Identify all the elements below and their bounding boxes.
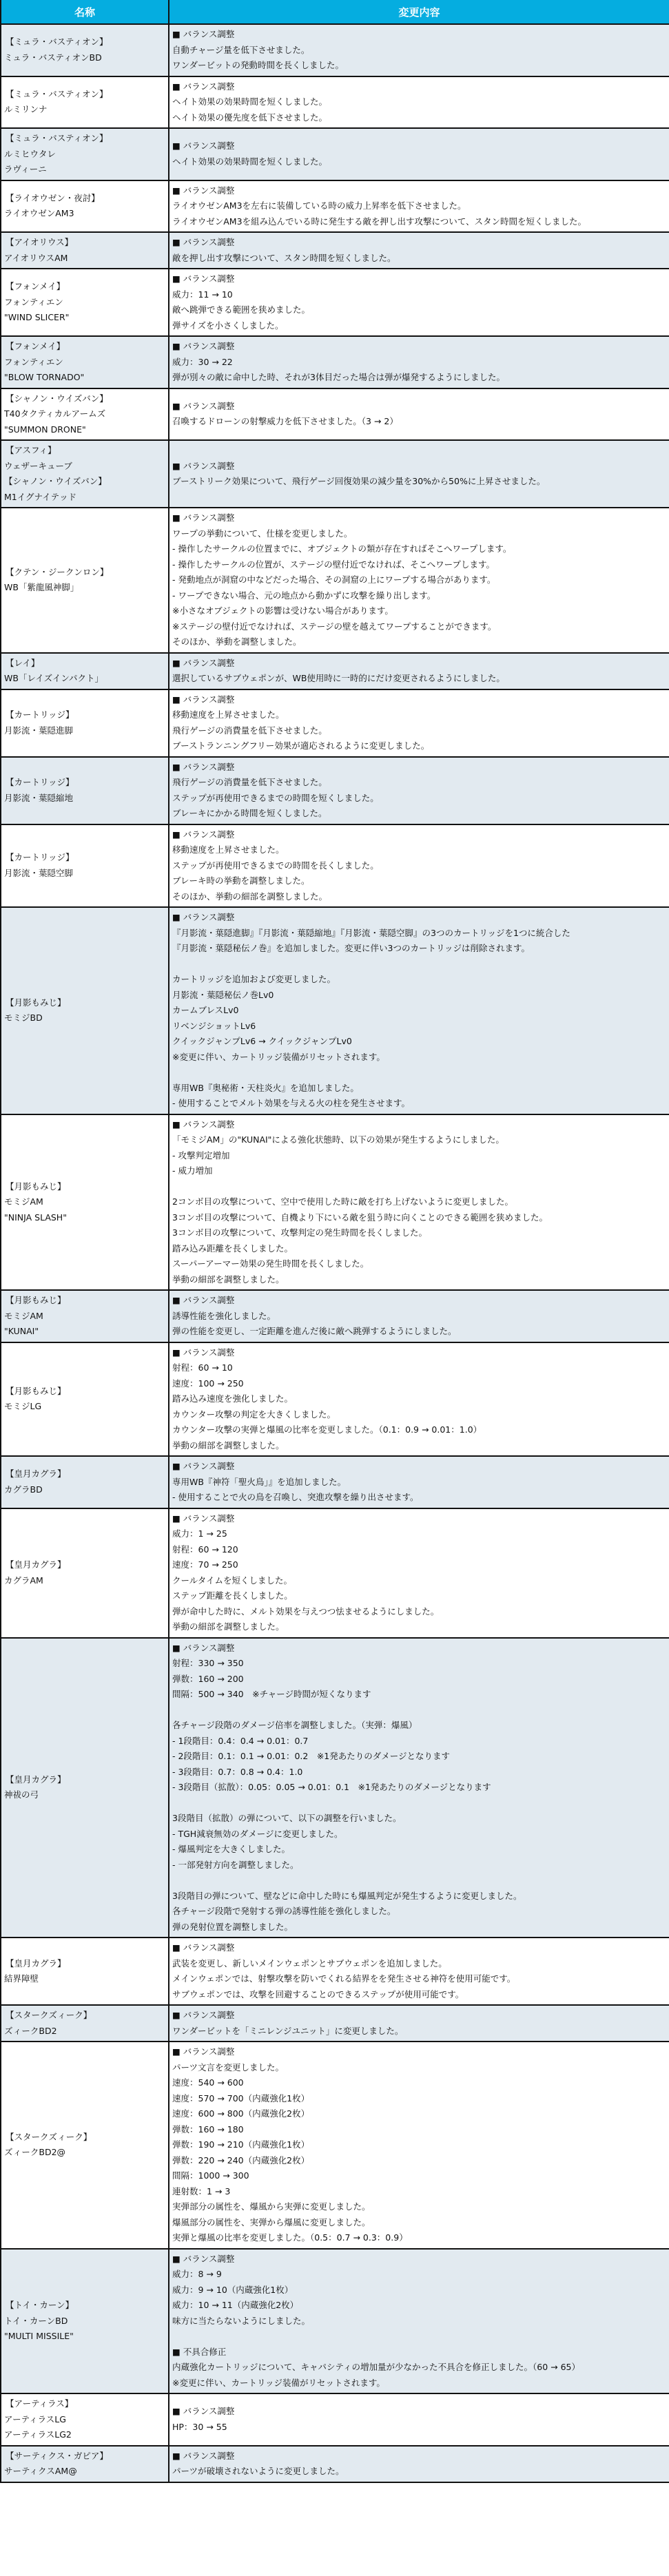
change-line: 速度：100 → 250 — [172, 1376, 667, 1392]
change-line: 速度：570 → 700（内蔵強化1枚） — [172, 2091, 667, 2107]
table-row: 【月影もみじ】モミジAM"KUNAI"■ バランス調整誘導性能を強化しました。弾… — [1, 1290, 669, 1342]
item-name-cell: 【クテン・ジークンロン】WB「紫龍風神脚」 — [1, 508, 169, 653]
change-line: ■ バランス調整 — [172, 79, 667, 95]
item-name-line: 月影流・葉隠縮地 — [4, 791, 166, 807]
change-line: - 攻撃判定増加 — [172, 1148, 667, 1164]
change-line: - 一部発射方向を調整しました。 — [172, 1858, 667, 1873]
change-description-cell: ■ バランス調整敵を押し出す攻撃について、スタン時間を短くしました。 — [169, 232, 669, 269]
item-name-cell: 【ミュラ・バスティオン】ミュラ・バスティオンBD — [1, 24, 169, 76]
change-line: ヘイト効果の優先度を低下させました。 — [172, 110, 667, 126]
item-name-line: 【シャノン・ウイズバン】 — [4, 474, 166, 490]
change-line: ※小さなオブジェクトの影響は受けない場合があります。 — [172, 603, 667, 619]
change-line: 射程：60 → 10 — [172, 1360, 667, 1376]
item-name-cell: 【ミュラ・バスティオン】ルミヒウタレラヴィーニ — [1, 128, 169, 180]
item-name-cell: 【皇月カグラ】神祓の弓 — [1, 1638, 169, 1938]
change-line: ※ステージの壁付近でなければ、ステージの壁を越えてワープすることができます。 — [172, 619, 667, 635]
table-row: 【月影もみじ】モミジLG■ バランス調整射程：60 → 10速度：100 → 2… — [1, 1342, 669, 1457]
change-line: ステップが再使用できるまでの時間を短くしました。 — [172, 791, 667, 807]
item-name-line: モミジAM — [4, 1309, 166, 1325]
item-name-cell: 【皇月カグラ】カグラAM — [1, 1508, 169, 1638]
table-body: 【ミュラ・バスティオン】ミュラ・バスティオンBD■ バランス調整自動チャージ量を… — [1, 24, 669, 2482]
change-line: 弾数：160 → 180 — [172, 2122, 667, 2138]
table-row: 【カートリッジ】月影流・葉隠進脚■ バランス調整移動速度を上昇させました。飛行ゲ… — [1, 689, 669, 757]
item-name-line: ルミヒウタレ — [4, 147, 166, 163]
table-row: 【フォンメイ】フォンティエン"WIND SLICER"■ バランス調整威力：11… — [1, 269, 669, 336]
change-line: 内蔵強化カートリッジについて、キャパシティの増加量が少なかった不具合を修正しまし… — [172, 2360, 667, 2376]
change-line: 間隔：1000 → 300 — [172, 2168, 667, 2184]
change-line: - TGH減衰無効のダメージに変更しました。 — [172, 1827, 667, 1842]
header-name: 名称 — [1, 0, 169, 24]
change-description-cell: ■ バランス調整ヘイト効果の効果時間を短くしました。 — [169, 128, 669, 180]
item-name-line: 【ミュラ・バスティオン】 — [6, 34, 166, 50]
item-name-cell: 【トイ・カーン】トイ・カーンBD"MULTI MISSILE" — [1, 2249, 169, 2394]
change-line: - 3段階目（拡散）：0.05：0.05 → 0.01：0.1 ※1発あたりのダ… — [172, 1780, 667, 1796]
change-line: 弾数：190 → 210（内蔵強化1枚） — [172, 2137, 667, 2153]
change-line: - ワープできない場合、元の地点から動かずに攻撃を繰り出します。 — [172, 588, 667, 604]
change-line: - 2段階目：0.1：0.1 → 0.01：0.2 ※1発あたりのダメージとなり… — [172, 1749, 667, 1765]
item-name-line: フォンティエン — [4, 355, 166, 371]
item-name-line: 【アイオリウス】 — [6, 235, 166, 251]
item-name-line: 【サーティクス・ガピア】 — [6, 2449, 166, 2464]
change-line: - 操作したサークルの位置が、ステージの壁付近でなければ、そこへワープします。 — [172, 557, 667, 573]
change-line: ■ バランス調整 — [172, 183, 667, 199]
change-line: 各チャージ段階で発射する弾の誘導性能を強化しました。 — [172, 1904, 667, 1920]
change-line: 各チャージ段階のダメージ倍率を調整しました。（実弾：爆風） — [172, 1718, 667, 1734]
change-line: ■ バランス調整 — [172, 1940, 667, 1956]
item-name-cell: 【月影もみじ】モミジAM"NINJA SLASH" — [1, 1114, 169, 1291]
change-description-cell: ■ バランス調整射程：60 → 10速度：100 → 250踏み込み速度を強化し… — [169, 1342, 669, 1457]
change-line: ステップ距離を長くしました。 — [172, 1588, 667, 1604]
item-name-line: トイ・カーンBD — [4, 2314, 166, 2329]
change-description-cell: ■ バランス調整威力：11 → 10敵へ跳弾できる範囲を狭めました。弾サイズを小… — [169, 269, 669, 336]
change-line: 『月影流・葉隠進脚』『月影流・葉隠縮地』『月影流・葉隠空脚』の3つのカートリッジ… — [172, 926, 667, 942]
item-name-line: 【カートリッジ】 — [6, 707, 166, 723]
table-row: 【フォンメイ】フォンティエン"BLOW TORNADO"■ バランス調整威力：3… — [1, 336, 669, 388]
item-name-line: モミジAM — [4, 1194, 166, 1210]
item-name-line: ラヴィーニ — [4, 162, 166, 178]
change-description-cell: ■ バランス調整移動速度を上昇させました。ステップが再使用できるまでの時間を長く… — [169, 824, 669, 908]
change-line: ライオウゼンAM3を左右に装備している時の威力上昇率を低下させました。 — [172, 198, 667, 214]
change-description-cell: ■ バランス調整パーツ文言を変更しました。速度：540 → 600速度：570 … — [169, 2042, 669, 2249]
item-name-line: モミジLG — [4, 1399, 166, 1415]
item-name-line: 【フォンメイ】 — [6, 279, 166, 295]
item-name-line: 【クテン・ジークンロン】 — [6, 565, 166, 581]
change-line: - 操作したサークルの位置までに、オブジェクトの類が存在すればそこへワープします… — [172, 541, 667, 557]
change-line: ステップが再使用できるまでの時間を長くしました。 — [172, 858, 667, 874]
change-line: 飛行ゲージの消費量を低下させました。 — [172, 723, 667, 739]
change-line — [172, 957, 667, 973]
change-line: 自動チャージ量を低下させました。 — [172, 43, 667, 59]
item-name-line: "MULTI MISSILE" — [4, 2329, 166, 2345]
change-line: カートリッジを追加および変更しました。 — [172, 972, 667, 988]
change-line: 連射数：1 → 3 — [172, 2184, 667, 2200]
table-row: 【カートリッジ】月影流・葉隠空脚■ バランス調整移動速度を上昇させました。ステッ… — [1, 824, 669, 908]
change-description-cell: ■ バランス調整自動チャージ量を低下させました。ワンダービットの発動時間を長くし… — [169, 24, 669, 76]
change-description-cell: ■ バランス調整パーツが破壊されないように変更しました。 — [169, 2446, 669, 2482]
change-line: 選択しているサブウェポンが、WB使用時に一時的にだけ変更されるようにしました。 — [172, 671, 667, 687]
change-description-cell: ■ バランス調整HP：30 → 55 — [169, 2393, 669, 2446]
change-line: サブウェポンでは、攻撃を回避することのできるステップが使用可能です。 — [172, 1987, 667, 2003]
table-row: 【スタークズィーク】ズィークBD2@■ バランス調整パーツ文言を変更しました。速… — [1, 2042, 669, 2249]
change-line: 3段階目の弾について、壁などに命中した時にも爆風判定が発生するように変更しました… — [172, 1889, 667, 1904]
change-line: ■ バランス調整 — [172, 692, 667, 708]
change-line: ■ バランス調整 — [172, 459, 667, 475]
changelog-table: 名称 変更内容 【ミュラ・バスティオン】ミュラ・バスティオンBD■ バランス調整… — [0, 0, 669, 2483]
change-line: ブレーキ時の挙動を調整しました。 — [172, 873, 667, 889]
change-line — [172, 1179, 667, 1195]
change-description-cell: ■ バランス調整ワンダービットを「ミニレンジユニット」に変更しました。 — [169, 2005, 669, 2042]
item-name-cell: 【月影もみじ】モミジBD — [1, 907, 169, 1114]
change-line — [172, 1065, 667, 1081]
change-line: ■ バランス調整 — [172, 235, 667, 251]
change-description-cell: ■ バランス調整威力：8 → 9威力：9 → 10（内蔵強化1枚）威力：10 →… — [169, 2249, 669, 2394]
item-name-line: カグラBD — [4, 1482, 166, 1498]
item-name-line: 【スタークズィーク】 — [6, 2130, 166, 2146]
change-line: ■ バランス調整 — [172, 138, 667, 154]
table-row: 【皇月カグラ】神祓の弓■ バランス調整射程：330 → 350弾数：160 → … — [1, 1638, 669, 1938]
table-row: 【サーティクス・ガピア】サーティクスAM@■ バランス調整パーツが破壊されないよ… — [1, 2446, 669, 2482]
item-name-line: サーティクスAM@ — [4, 2464, 166, 2480]
change-line: ブーストリーク効果について、飛行ゲージ回復効果の減少量を30%から50%に上昇さ… — [172, 474, 667, 490]
change-line — [172, 1873, 667, 1889]
change-line: 踏み込み距離を長くしました。 — [172, 1241, 667, 1257]
change-line: ■ バランス調整 — [172, 399, 667, 415]
change-line: リベンジショットLv6 — [172, 1019, 667, 1035]
change-line: ■ バランス調整 — [172, 827, 667, 843]
item-name-line: アイオリウスAM — [4, 251, 166, 267]
change-line: - 威力増加 — [172, 1163, 667, 1179]
change-description-cell: ■ バランス調整ブーストリーク効果について、飛行ゲージ回復効果の減少量を30%か… — [169, 440, 669, 508]
change-line: カウンター攻撃の実弾と爆風の比率を変更しました。（0.1：0.9 → 0.01：… — [172, 1422, 667, 1438]
change-description-cell: ■ バランス調整移動速度を上昇させました。飛行ゲージの消費量を低下させました。ブ… — [169, 689, 669, 757]
change-description-cell: ■ バランス調整ヘイト効果の効果時間を短くしました。ヘイト効果の優先度を低下させ… — [169, 76, 669, 129]
item-name-cell: 【レイ】WB「レイズインパクト」 — [1, 653, 169, 689]
change-description-cell: ■ バランス調整ライオウゼンAM3を左右に装備している時の威力上昇率を低下させま… — [169, 180, 669, 233]
item-name-cell: 【アイオリウス】アイオリウスAM — [1, 232, 169, 269]
table-row: 【クテン・ジークンロン】WB「紫龍風神脚」■ バランス調整ワープの挙動について、… — [1, 508, 669, 653]
item-name-line: "SUMMON DRONE" — [4, 422, 166, 438]
change-description-cell: ■ バランス調整威力：30 → 22弾が別々の敵に命中した時、それが3体目だった… — [169, 336, 669, 388]
change-line: ■ バランス調整 — [172, 2404, 667, 2420]
item-name-line: 【カートリッジ】 — [6, 775, 166, 791]
change-line: メインウェポンでは、射撃攻撃を防いでくれる結界をを発生させる神符を使用可能です。 — [172, 1971, 667, 1987]
item-name-line: 月影流・葉隠進脚 — [4, 723, 166, 739]
change-line: 実弾部分の属性を、爆風から実弾に変更しました。 — [172, 2199, 667, 2215]
item-name-line: 【皇月カグラ】 — [6, 1466, 166, 1482]
item-name-line: 【アーティラス】 — [6, 2396, 166, 2412]
item-name-cell: 【フォンメイ】フォンティエン"BLOW TORNADO" — [1, 336, 169, 388]
change-line: そのほか、挙動の細部を調整しました。 — [172, 889, 667, 905]
item-name-line: 月影流・葉隠空脚 — [4, 866, 166, 882]
change-line: ■ バランス調整 — [172, 1293, 667, 1309]
item-name-cell: 【スタークズィーク】ズィークBD2@ — [1, 2042, 169, 2249]
change-line: パーツが破壊されないように変更しました。 — [172, 2464, 667, 2480]
item-name-line: ルミリンナ — [4, 102, 166, 118]
change-line: 敵へ跳弾できる範囲を狭めました。 — [172, 302, 667, 318]
table-row: 【スタークズィーク】ズィークBD2■ バランス調整ワンダービットを「ミニレンジユ… — [1, 2005, 669, 2042]
item-name-cell: 【ライオウゼン・夜討】ライオウゼンAM3 — [1, 180, 169, 233]
table-row: 【レイ】WB「レイズインパクト」■ バランス調整選択しているサブウェポンが、WB… — [1, 653, 669, 689]
change-line: 月影流・葉隠秘伝ノ巻Lv0 — [172, 988, 667, 1004]
change-line: 3コンボ目の攻撃について、攻撃判定の発生時間を長くしました。 — [172, 1225, 667, 1241]
change-line: 威力：30 → 22 — [172, 355, 667, 371]
item-name-line: 神祓の弓 — [4, 1787, 166, 1803]
change-line: - 使用することで火の鳥を召喚し、突進攻撃を繰り出させます。 — [172, 1490, 667, 1506]
item-name-line: WB「レイズインパクト」 — [4, 671, 166, 687]
item-name-line: ミュラ・バスティオンBD — [4, 50, 166, 66]
table-row: 【シャノン・ウイズバン】T40タクティカルアームズ"SUMMON DRONE"■… — [1, 388, 669, 441]
item-name-line: 【シャノン・ウイズバン】 — [6, 391, 166, 407]
item-name-line: 【ミュラ・バスティオン】 — [6, 87, 166, 103]
change-line: ■ バランス調整 — [172, 2449, 667, 2464]
item-name-cell: 【スタークズィーク】ズィークBD2 — [1, 2005, 169, 2042]
change-line: 2コンボ目の攻撃について、空中で使用した時に敵を打ち上げないように変更しました。 — [172, 1194, 667, 1210]
item-name-line: 【スタークズィーク】 — [6, 2008, 166, 2024]
change-line: ■ バランス調整 — [172, 656, 667, 672]
item-name-line: 【月影もみじ】 — [6, 995, 166, 1011]
change-description-cell: ■ バランス調整「モミジAM」の"KUNAI"による強化状態時、以下の効果が発生… — [169, 1114, 669, 1291]
table-row: 【アイオリウス】アイオリウスAM■ バランス調整敵を押し出す攻撃について、スタン… — [1, 232, 669, 269]
change-description-cell: ■ バランス調整ワープの挙動について、仕様を変更しました。- 操作したサークルの… — [169, 508, 669, 653]
change-line: ヘイト効果の効果時間を短くしました。 — [172, 94, 667, 110]
change-line: 射程：330 → 350 — [172, 1656, 667, 1672]
item-name-cell: 【カートリッジ】月影流・葉隠空脚 — [1, 824, 169, 908]
table-row: 【ミュラ・バスティオン】ミュラ・バスティオンBD■ バランス調整自動チャージ量を… — [1, 24, 669, 76]
change-line: ワープの挙動について、仕様を変更しました。 — [172, 526, 667, 542]
item-name-line: 【皇月カグラ】 — [6, 1772, 166, 1788]
item-name-line: 【皇月カグラ】 — [6, 1557, 166, 1573]
change-line: 弾の性能を変更し、一定距離を進んだ後に敵へ跳弾するようにしました。 — [172, 1324, 667, 1340]
change-line: クールタイムを短くしました。 — [172, 1573, 667, 1589]
change-line: 飛行ゲージの消費量を低下させました。 — [172, 775, 667, 791]
change-line: 移動速度を上昇させました。 — [172, 707, 667, 723]
change-line: 実弾と爆風の比率を変更しました。（0.5：0.7 → 0.3：0.9） — [172, 2230, 667, 2246]
change-line: 3コンボ目の攻撃について、自機より下にいる敵を狙う時に向くことのできる範囲を狭め… — [172, 1210, 667, 1226]
item-name-line: "BLOW TORNADO" — [4, 370, 166, 386]
item-name-line: "KUNAI" — [4, 1324, 166, 1340]
item-name-cell: 【サーティクス・ガピア】サーティクスAM@ — [1, 2446, 169, 2482]
item-name-line: 結界障壁 — [4, 1971, 166, 1987]
change-line: 速度：70 → 250 — [172, 1557, 667, 1573]
change-line: ■ バランス調整 — [172, 1459, 667, 1475]
change-line: 弾が命中した時に、メルト効果を与えつつ怯ませるようにしました。 — [172, 1604, 667, 1620]
change-line: ライオウゼンAM3を組み込んでいる時に発生する敵を押し出す攻撃について、スタン時… — [172, 214, 667, 230]
item-name-line: WB「紫龍風神脚」 — [4, 580, 166, 596]
change-line: 速度：600 → 800（内蔵強化2枚） — [172, 2106, 667, 2122]
change-line: 威力：9 → 10（内蔵強化1枚） — [172, 2283, 667, 2298]
item-name-line: 【ライオウゼン・夜討】 — [6, 191, 166, 207]
change-line: 威力：8 → 9 — [172, 2267, 667, 2283]
change-line: ■ バランス調整 — [172, 760, 667, 776]
item-name-line: 【フォンメイ】 — [6, 339, 166, 355]
change-line: 味方に当たらないようにしました。 — [172, 2314, 667, 2329]
change-line: 射程：60 → 120 — [172, 1542, 667, 1558]
item-name-cell: 【アーティラス】アーティラスLGアーティラスLG2 — [1, 2393, 169, 2446]
change-description-cell: ■ バランス調整誘導性能を強化しました。弾の性能を変更し、一定距離を進んだ後に敵… — [169, 1290, 669, 1342]
change-line: 移動速度を上昇させました。 — [172, 842, 667, 858]
change-line: ■ バランス調整 — [172, 339, 667, 355]
change-description-cell: ■ バランス調整選択しているサブウェポンが、WB使用時に一時的にだけ変更されるよ… — [169, 653, 669, 689]
item-name-line: M1イグナイテッド — [4, 490, 166, 506]
change-line: ■ バランス調整 — [172, 1345, 667, 1361]
item-name-cell: 【月影もみじ】モミジAM"KUNAI" — [1, 1290, 169, 1342]
change-line: 爆風部分の属性を、実弾から爆風に変更しました。 — [172, 2215, 667, 2231]
item-name-cell: 【カートリッジ】月影流・葉隠縮地 — [1, 757, 169, 824]
change-line: ■ バランス調整 — [172, 1117, 667, 1133]
change-line: 間隔：500 → 340 ※チャージ時間が短くなります — [172, 1687, 667, 1703]
item-name-line: 【皇月カグラ】 — [6, 1956, 166, 1972]
change-line: ワンダービットを「ミニレンジユニット」に変更しました。 — [172, 2024, 667, 2039]
change-line: スーパーアーマー効果の発生時間を長くしました。 — [172, 1256, 667, 1272]
change-line: 『月影流・葉隠秘伝ノ巻』を追加しました。変更に伴い3つのカートリッジは削除されま… — [172, 941, 667, 957]
change-line: 弾サイズを小さくしました。 — [172, 318, 667, 334]
item-name-line: フォンティエン — [4, 295, 166, 311]
table-row: 【ミュラ・バスティオン】ルミリンナ■ バランス調整ヘイト効果の効果時間を短くしま… — [1, 76, 669, 129]
change-line: ■ バランス調整 — [172, 1511, 667, 1527]
item-name-line: "WIND SLICER" — [4, 310, 166, 326]
item-name-line: ウェザーキューブ — [4, 459, 166, 475]
change-line: 速度：540 → 600 — [172, 2075, 667, 2091]
table-row: 【トイ・カーン】トイ・カーンBD"MULTI MISSILE"■ バランス調整威… — [1, 2249, 669, 2394]
item-name-line: カグラAM — [4, 1573, 166, 1589]
change-line: 「モミジAM」の"KUNAI"による強化状態時、以下の効果が発生するようにしまし… — [172, 1132, 667, 1148]
change-line: 挙動の細部を調整しました。 — [172, 1272, 667, 1288]
change-line: 挙動の細部を調整しました。 — [172, 1619, 667, 1635]
change-line: 弾の発射位置を調整しました。 — [172, 1920, 667, 1935]
change-line: ■ バランス調整 — [172, 2252, 667, 2267]
change-line: そのほか、挙動を調整しました。 — [172, 634, 667, 650]
change-line: ※変更に伴い、カートリッジ装備がリセットされます。 — [172, 1050, 667, 1066]
change-line: 敵を押し出す攻撃について、スタン時間を短くしました。 — [172, 251, 667, 267]
change-line: ■ バランス調整 — [172, 910, 667, 926]
item-name-line: "NINJA SLASH" — [4, 1210, 166, 1226]
change-line: HP：30 → 55 — [172, 2420, 667, 2435]
table-row: 【アスフィ】ウェザーキューブ【シャノン・ウイズバン】M1イグナイテッド■ バラン… — [1, 440, 669, 508]
change-description-cell: ■ バランス調整召喚するドローンの射撃威力を低下させました。（3 → 2） — [169, 388, 669, 441]
change-line: 専用WB『神符「聖火鳥」』を追加しました。 — [172, 1475, 667, 1490]
change-line: ブレーキにかかる時間を短くしました。 — [172, 806, 667, 822]
item-name-cell: 【月影もみじ】モミジLG — [1, 1342, 169, 1457]
change-line: ブーストランニングフリー効果が適応されるように変更しました。 — [172, 738, 667, 754]
table-row: 【ライオウゼン・夜討】ライオウゼンAM3■ バランス調整ライオウゼンAM3を左右… — [1, 180, 669, 233]
header-changes: 変更内容 — [169, 0, 669, 24]
change-line: 挙動の細部を調整しました。 — [172, 1438, 667, 1454]
item-name-line: ズィークBD2 — [4, 2024, 166, 2039]
change-line: - 使用することでメルト効果を与える火の柱を発生させます。 — [172, 1096, 667, 1112]
change-line: - 1段階目：0.4：0.4 → 0.01：0.7 — [172, 1734, 667, 1749]
item-name-line: 【カートリッジ】 — [6, 850, 166, 866]
item-name-line: 【月影もみじ】 — [6, 1384, 166, 1400]
item-name-line: 【レイ】 — [6, 656, 166, 672]
change-line: ■ バランス調整 — [172, 1641, 667, 1656]
change-description-cell: ■ バランス調整『月影流・葉隠進脚』『月影流・葉隠縮地』『月影流・葉隠空脚』の3… — [169, 907, 669, 1114]
item-name-line: 【月影もみじ】 — [6, 1179, 166, 1195]
change-line: ■ バランス調整 — [172, 2008, 667, 2024]
change-line: 専用WB『奥秘術・天柱炎火』を追加しました。 — [172, 1081, 667, 1097]
change-line — [172, 2329, 667, 2345]
change-line: 弾が別々の敵に命中した時、それが3体目だった場合は弾が爆発するようにしました。 — [172, 370, 667, 386]
table-row: 【アーティラス】アーティラスLGアーティラスLG2■ バランス調整HP：30 →… — [1, 2393, 669, 2446]
change-line: 誘導性能を強化しました。 — [172, 1309, 667, 1325]
table-row: 【皇月カグラ】結界障壁■ バランス調整武装を変更し、新しいメインウェポンとサブウ… — [1, 1938, 669, 2005]
item-name-cell: 【皇月カグラ】結界障壁 — [1, 1938, 169, 2005]
change-description-cell: ■ バランス調整武装を変更し、新しいメインウェポンとサブウェポンを追加しました。… — [169, 1938, 669, 2005]
table-row: 【月影もみじ】モミジBD■ バランス調整『月影流・葉隠進脚』『月影流・葉隠縮地』… — [1, 907, 669, 1114]
item-name-line: 【トイ・カーン】 — [6, 2298, 166, 2314]
change-line: 威力：11 → 10 — [172, 287, 667, 303]
table-row: 【ミュラ・バスティオン】ルミヒウタレラヴィーニ■ バランス調整ヘイト効果の効果時… — [1, 128, 669, 180]
change-line: 弾数：160 → 200 — [172, 1672, 667, 1687]
change-description-cell: ■ バランス調整射程：330 → 350弾数：160 → 200間隔：500 →… — [169, 1638, 669, 1938]
table-row: 【皇月カグラ】カグラAM■ バランス調整威力：1 → 25射程：60 → 120… — [1, 1508, 669, 1638]
item-name-cell: 【ミュラ・バスティオン】ルミリンナ — [1, 76, 169, 129]
change-line: ■ バランス調整 — [172, 510, 667, 526]
item-name-cell: 【シャノン・ウイズバン】T40タクティカルアームズ"SUMMON DRONE" — [1, 388, 169, 441]
change-line: 3段階目（拡散）の弾について、以下の調整を行いました。 — [172, 1811, 667, 1827]
item-name-line: アーティラスLG2 — [4, 2427, 166, 2443]
item-name-line: モミジBD — [4, 1010, 166, 1026]
header-row: 名称 変更内容 — [1, 0, 669, 24]
change-line: 威力：10 → 11（内蔵強化2枚） — [172, 2298, 667, 2314]
item-name-line: T40タクティカルアームズ — [4, 406, 166, 422]
item-name-line: アーティラスLG — [4, 2412, 166, 2428]
change-line: 召喚するドローンの射撃威力を低下させました。（3 → 2） — [172, 414, 667, 430]
item-name-cell: 【皇月カグラ】カグラBD — [1, 1456, 169, 1508]
change-line: ※変更に伴い、カートリッジ装備がリセットされます。 — [172, 2376, 667, 2391]
change-line: ■ バランス調整 — [172, 2044, 667, 2060]
change-line: 弾数：220 → 240（内蔵強化2枚） — [172, 2153, 667, 2169]
table-row: 【月影もみじ】モミジAM"NINJA SLASH"■ バランス調整「モミジAM」… — [1, 1114, 669, 1291]
change-line — [172, 1703, 667, 1718]
change-description-cell: ■ バランス調整威力：1 → 25射程：60 → 120速度：70 → 250ク… — [169, 1508, 669, 1638]
item-name-line: ズィークBD2@ — [4, 2145, 166, 2161]
change-description-cell: ■ バランス調整専用WB『神符「聖火鳥」』を追加しました。- 使用することで火の… — [169, 1456, 669, 1508]
change-line: カームブレスLv0 — [172, 1003, 667, 1019]
change-line: - 3段階目：0.7：0.8 → 0.4：1.0 — [172, 1765, 667, 1780]
change-line: パーツ文言を変更しました。 — [172, 2060, 667, 2076]
item-name-cell: 【フォンメイ】フォンティエン"WIND SLICER" — [1, 269, 169, 336]
item-name-cell: 【アスフィ】ウェザーキューブ【シャノン・ウイズバン】M1イグナイテッド — [1, 440, 169, 508]
change-line: ■ バランス調整 — [172, 27, 667, 43]
change-line: 踏み込み速度を強化しました。 — [172, 1391, 667, 1407]
change-line — [172, 1796, 667, 1811]
change-line: - 爆風判定を大きくしました。 — [172, 1842, 667, 1858]
change-line: 武装を変更し、新しいメインウェポンとサブウェポンを追加しました。 — [172, 1956, 667, 1972]
change-line: カウンター攻撃の判定を大きくしました。 — [172, 1407, 667, 1423]
change-line: ■ バランス調整 — [172, 271, 667, 287]
table-row: 【皇月カグラ】カグラBD■ バランス調整専用WB『神符「聖火鳥」』を追加しました… — [1, 1456, 669, 1508]
change-line: 威力：1 → 25 — [172, 1526, 667, 1542]
item-name-line: 【アスフィ】 — [6, 443, 166, 459]
change-line: ワンダービットの発動時間を長くしました。 — [172, 58, 667, 74]
item-name-line: 【月影もみじ】 — [6, 1293, 166, 1309]
change-line: クイックジャンプLv6 → クイックジャンプLv0 — [172, 1034, 667, 1050]
change-line: - 発動地点が洞窟の中などだった場合、その洞窟の上にワープする場合があります。 — [172, 572, 667, 588]
table-row: 【カートリッジ】月影流・葉隠縮地■ バランス調整飛行ゲージの消費量を低下させまし… — [1, 757, 669, 824]
item-name-cell: 【カートリッジ】月影流・葉隠進脚 — [1, 689, 169, 757]
change-description-cell: ■ バランス調整飛行ゲージの消費量を低下させました。ステップが再使用できるまでの… — [169, 757, 669, 824]
item-name-line: 【ミュラ・バスティオン】 — [6, 131, 166, 147]
change-line: ヘイト効果の効果時間を短くしました。 — [172, 154, 667, 170]
item-name-line: ライオウゼンAM3 — [4, 206, 166, 222]
change-line: ■ 不具合修正 — [172, 2345, 667, 2360]
